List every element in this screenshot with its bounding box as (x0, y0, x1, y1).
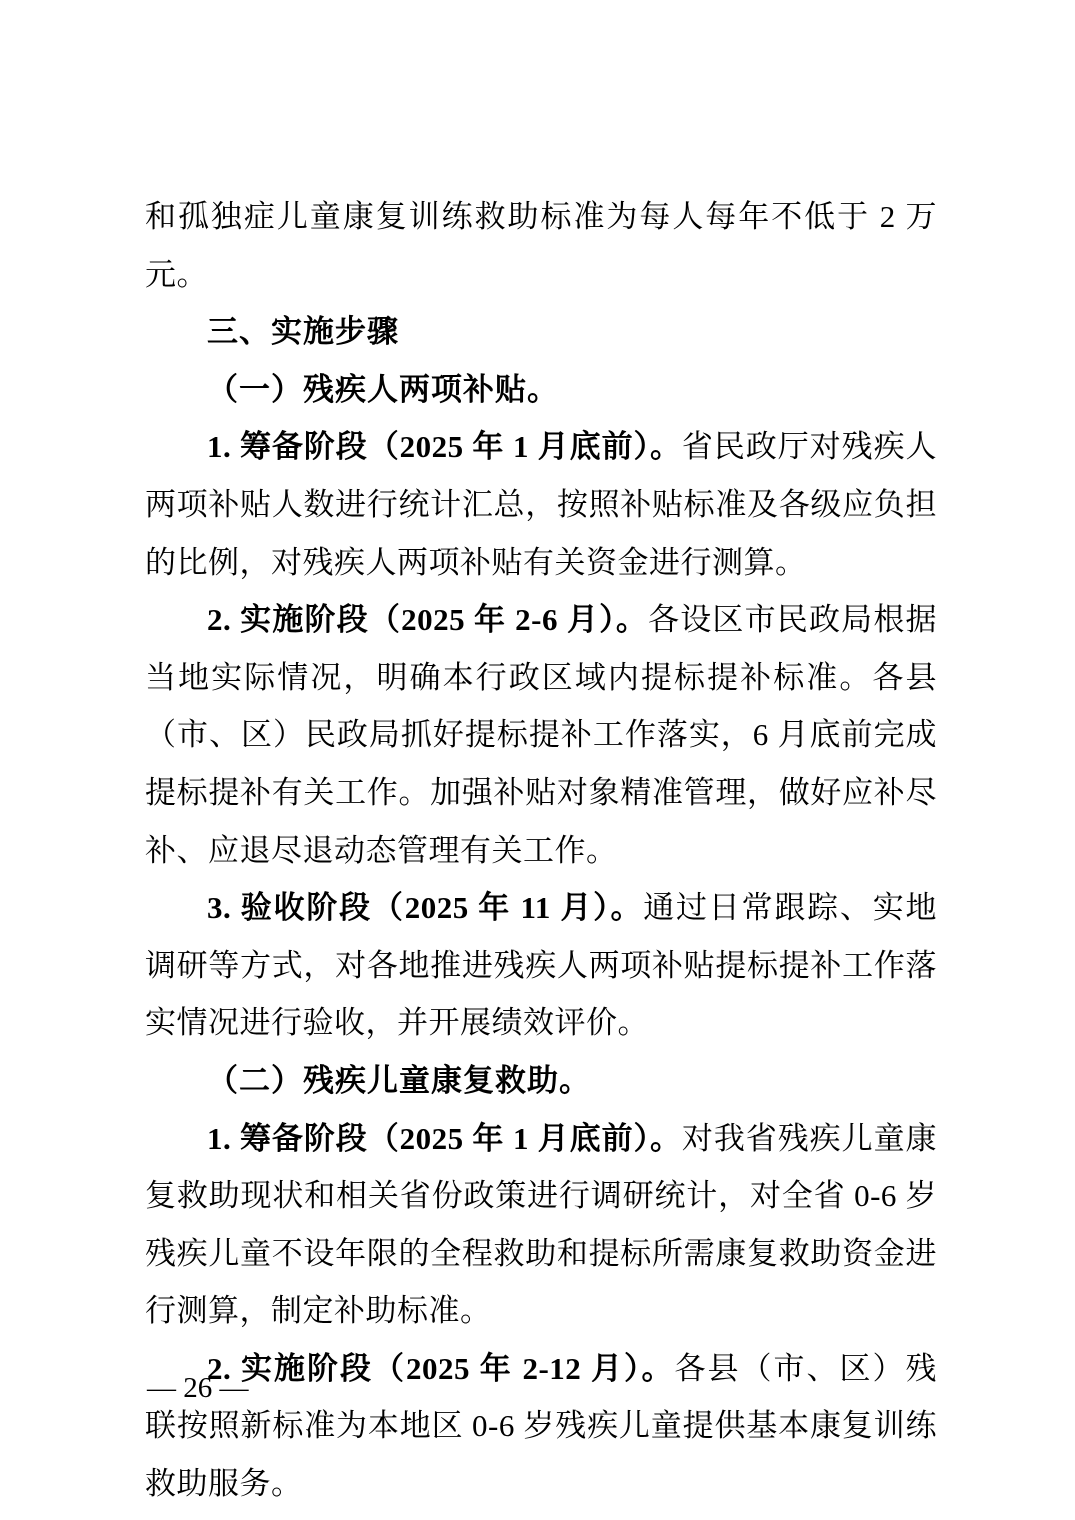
paragraph-stage-2-implement-2: 2. 实施阶段（2025 年 2-12 月）。各县（市、区）残联按照新标准为本地… (145, 1340, 937, 1513)
paragraph-lead: 1. 筹备阶段（2025 年 1 月底前）。 (207, 1121, 682, 1156)
subsection-title-2: （二）残疾儿童康复救助。 (145, 1052, 937, 1110)
continuation-paragraph: 和孤独症儿童康复训练救助标准为每人每年不低于 2 万元。 (145, 188, 937, 303)
document-body: 和孤独症儿童康复训练救助标准为每人每年不低于 2 万元。 三、实施步骤 （一）残… (145, 188, 937, 1513)
section-heading-implementation-steps: 三、实施步骤 (145, 303, 937, 361)
paragraph-stage-1-prep-2: 1. 筹备阶段（2025 年 1 月底前）。对我省残疾儿童康复救助现状和相关省份… (145, 1110, 937, 1340)
paragraph-lead: 2. 实施阶段（2025 年 2-12 月）。 (207, 1351, 675, 1386)
document-page: 和孤独症儿童康复训练救助标准为每人每年不低于 2 万元。 三、实施步骤 （一）残… (0, 0, 1075, 1520)
paragraph-stage-1-prep: 1. 筹备阶段（2025 年 1 月底前）。省民政厅对残疾人两项补贴人数进行统计… (145, 418, 937, 591)
paragraph-lead: 3. 验收阶段（2025 年 11 月）。 (207, 890, 643, 925)
page-number: — 26 — (147, 1368, 249, 1408)
paragraph-stage-2-implement: 2. 实施阶段（2025 年 2-6 月）。各设区市民政局根据当地实际情况，明确… (145, 591, 937, 879)
paragraph-lead: 2. 实施阶段（2025 年 2-6 月）。 (207, 602, 648, 637)
subsection-title-1: （一）残疾人两项补贴。 (145, 361, 937, 419)
paragraph-lead: 1. 筹备阶段（2025 年 1 月底前）。 (207, 429, 682, 464)
paragraph-text: 各设区市民政局根据当地实际情况，明确本行政区域内提标提补标准。各县（市、区）民政… (145, 602, 937, 867)
paragraph-stage-3-acceptance: 3. 验收阶段（2025 年 11 月）。通过日常跟踪、实地调研等方式，对各地推… (145, 879, 937, 1052)
